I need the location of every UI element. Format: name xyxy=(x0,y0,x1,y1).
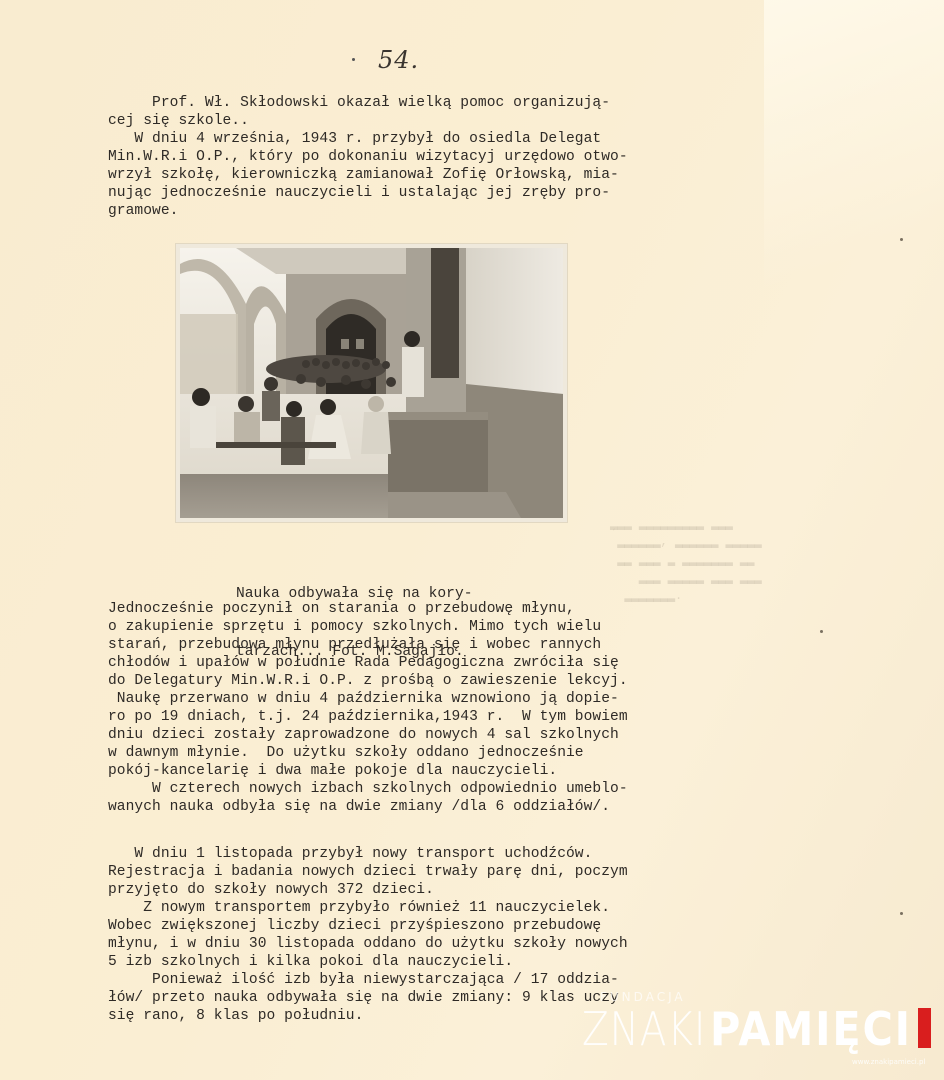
text-line: Prof. Wł. Skłodowski okazał wielką pomoc… xyxy=(108,94,628,112)
paragraph-2: Jednocześnie poczynił on starania o prze… xyxy=(108,600,628,816)
text-line: starań, przebudowa młynu przedłużała się… xyxy=(108,636,628,654)
text-line: Rejestracja i badania nowych dzieci trwa… xyxy=(108,863,628,881)
text-line: dniu dzieci zostały zaprowadzone do nowy… xyxy=(108,726,628,744)
bleed-through-text: ܼ▂▂▂ ▂▂▂▂▂▂▂▂▂ ▂▂▂ ▂▂▂▂▂▂, ▂▂▂▂▂▂ ▂▂▂▂▂ … xyxy=(610,515,762,605)
text-line: łów/ przeto nauka odbywała się na dwie z… xyxy=(108,989,628,1007)
text-line: cej się szkole.. xyxy=(108,112,628,130)
paragraph-1: Prof. Wł. Skłodowski okazał wielką pomoc… xyxy=(108,94,628,220)
archival-photo xyxy=(176,244,567,522)
text-line: gramowe. xyxy=(108,202,628,220)
photo-illustration xyxy=(176,244,567,522)
ink-dot xyxy=(352,58,355,61)
text-line: pokój-kancelarię i dwa małe pokoje dla n… xyxy=(108,762,628,780)
text-line: młynu, i w dniu 30 listopada oddano do u… xyxy=(108,935,628,953)
watermark-red-bar xyxy=(918,1008,931,1048)
text-line: W dniu 1 listopada przybył nowy transpor… xyxy=(108,845,628,863)
text-line: o zakupienie sprzętu i pomocy szkolnych.… xyxy=(108,618,628,636)
text-line: Min.W.R.i O.P., który po dokonaniu wizyt… xyxy=(108,148,628,166)
text-line: W czterech nowych izbach szkolnych odpow… xyxy=(108,780,628,798)
text-line: chłodów i upałów w południe Rada Pedagog… xyxy=(108,654,628,672)
watermark-pamieci: PAMIĘCI xyxy=(710,1002,912,1056)
text-line: W dniu 4 września, 1943 r. przybył do os… xyxy=(108,130,628,148)
page-number: 54. xyxy=(378,46,419,74)
text-line: Ponieważ ilość izb była niewystarczająca… xyxy=(108,971,628,989)
text-line: wrzył szkołę, kierowniczką zamianował Zo… xyxy=(108,166,628,184)
watermark-znaki: ZNAKI xyxy=(582,1002,706,1056)
text-line: ro po 19 dniach, t.j. 24 października,19… xyxy=(108,708,628,726)
paragraph-3: W dniu 1 listopada przybył nowy transpor… xyxy=(108,845,628,1025)
paper-fold-highlight xyxy=(764,0,944,420)
paper-speck xyxy=(900,238,903,241)
paper-speck xyxy=(820,630,823,633)
text-line: 5 izb szkolnych i kilka pokoi dla nauczy… xyxy=(108,953,628,971)
text-line: Naukę przerwano w dniu 4 października wz… xyxy=(108,690,628,708)
text-line: do Delegatury Min.W.R.i O.P. z prośbą o … xyxy=(108,672,628,690)
watermark-url: www.znakipamieci.pl xyxy=(852,1058,925,1066)
text-line: Z nowym transportem przybyło również 11 … xyxy=(108,899,628,917)
text-line: w dawnym młynie. Do użytku szkoły oddano… xyxy=(108,744,628,762)
text-line: Jednocześnie poczynił on starania o prze… xyxy=(108,600,628,618)
text-line: wanych nauka odbyła się na dwie zmiany /… xyxy=(108,798,628,816)
text-line: się rano, 8 klas po południu. xyxy=(108,1007,628,1025)
text-line: przyjęto do szkoły nowych 372 dzieci. xyxy=(108,881,628,899)
text-line: nując jednocześnie nauczycieli i ustalaj… xyxy=(108,184,628,202)
text-line: Wobec zwiększonej liczby dzieci przyśpie… xyxy=(108,917,628,935)
paper-speck xyxy=(900,912,903,915)
watermark-logo: ZNAKI PAMIĘCI xyxy=(582,1002,934,1056)
